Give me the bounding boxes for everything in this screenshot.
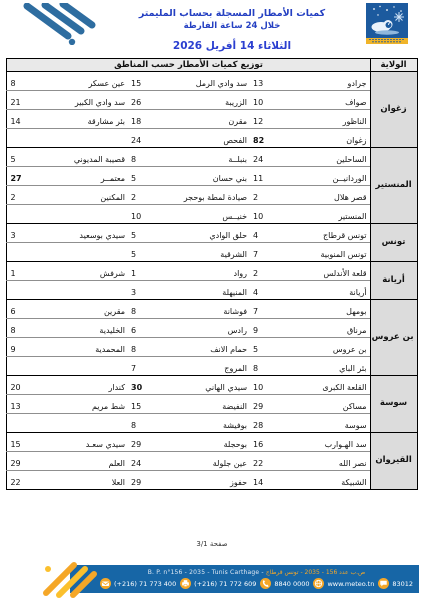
rain-value-cell: 10 — [250, 91, 278, 110]
table-row: بن عروس5حمام الانف8المحمدية9 — [7, 338, 417, 357]
table-row: بئر الباي8المروج7 — [7, 357, 417, 376]
rain-value-cell: 8 — [128, 148, 156, 167]
district-name-cell: الشبيكة — [278, 471, 370, 490]
district-name-cell: مرناق — [278, 319, 370, 338]
rain-value-cell: 28 — [250, 414, 278, 433]
table-row: مرناق9رادس6الخليدية8 — [7, 319, 417, 338]
district-name-cell: شط مريم — [42, 395, 128, 414]
table-header-governorate: الولاية — [370, 59, 417, 72]
contact-label: 83012 — [392, 580, 413, 588]
page: كميات الأمطار المسجلة بحساب المليمتر خلا… — [0, 0, 424, 600]
rain-value-cell: 22 — [7, 471, 42, 490]
rain-value-cell: 3 — [7, 224, 42, 243]
rain-value-cell: 27 — [7, 167, 42, 186]
rain-value-cell: 8 — [128, 414, 156, 433]
footer-address-arabic: ص.ب عدد 156 - 2035 - تونس قرطاج — [266, 569, 365, 576]
report-header: كميات الأمطار المسجلة بحساب المليمتر خلا… — [0, 0, 424, 52]
rain-value-cell: 22 — [250, 452, 278, 471]
district-name-cell: قصيبة المديوني — [42, 148, 128, 167]
district-name-cell: رادس — [156, 319, 250, 338]
rain-value-cell: 21 — [7, 91, 42, 110]
footer-streaks-logo — [40, 557, 102, 599]
report-date: الثلاثاء 14 أفريل 2026 — [98, 40, 366, 52]
district-name-cell: بن عروس — [278, 338, 370, 357]
rain-value-cell: 5 — [128, 224, 156, 243]
contact-label: (+216) 71 772 609 — [194, 580, 256, 588]
table-row: المنستير10خنيــس10 — [7, 205, 417, 224]
rain-value-cell: 6 — [7, 300, 42, 319]
report-titles: كميات الأمطار المسجلة بحساب المليمتر خلا… — [98, 3, 366, 52]
rain-value-cell: 2 — [250, 262, 278, 281]
rain-value-cell: 8 — [7, 319, 42, 338]
district-name-cell: مقرين — [42, 300, 128, 319]
rain-value-cell: 3 — [128, 281, 156, 300]
district-name-cell: المنيهلة — [156, 281, 250, 300]
district-name-cell: المكنين — [42, 186, 128, 205]
district-name-cell: صيادة لمطة بوحجر — [156, 186, 250, 205]
report-title: كميات الأمطار المسجلة بحساب المليمتر — [98, 8, 366, 19]
district-name-cell: سد الهـوارب — [278, 433, 370, 452]
governorate-cell: القيروان — [370, 433, 417, 490]
district-name-cell: كندار — [42, 376, 128, 395]
district-name-cell: الزريبة — [156, 91, 250, 110]
district-name-cell: المروج — [156, 357, 250, 376]
district-name-cell — [42, 414, 128, 433]
district-name-cell: نصر الله — [278, 452, 370, 471]
rain-value-cell: 8 — [7, 72, 42, 91]
rain-value-cell: 4 — [250, 281, 278, 300]
district-name-cell — [42, 205, 128, 224]
governorate-cell: بن عروس — [370, 300, 417, 376]
governorate-cell: أريانة — [370, 262, 417, 300]
rain-value-cell: 1 — [7, 262, 42, 281]
district-name-cell: قلعة الأندلس — [278, 262, 370, 281]
governorate-cell: المنستير — [370, 148, 417, 224]
governorate-cell: تونس — [370, 224, 417, 262]
district-name-cell: بئر الباي — [278, 357, 370, 376]
rain-value-cell: 7 — [250, 243, 278, 262]
district-name-cell: رواد — [156, 262, 250, 281]
rainfall-table-body: زغوانجرادو13سد وادي الرمل15عين عسكر8صواف… — [7, 72, 417, 490]
rain-value-cell: 5 — [250, 338, 278, 357]
rain-value-cell: 8 — [128, 300, 156, 319]
rain-value-cell: 5 — [128, 167, 156, 186]
footer-address-latin: B. P. n°156 - 2035 - Tunis Carthage - — [148, 569, 264, 576]
table-row: تونستونس قرطاج4حلق الوادي5سيدي بوسعيد3 — [7, 224, 417, 243]
table-row: سوسة28بوفيشة8 — [7, 414, 417, 433]
district-name-cell: تونس قرطاج — [278, 224, 370, 243]
inm-emblem-logo — [366, 3, 408, 44]
table-header-regions: توزيع كميات الأمطار حسب المناطق — [7, 59, 370, 72]
rain-value-cell: 29 — [250, 395, 278, 414]
table-row: أريانة4المنيهلة3 — [7, 281, 417, 300]
table-row: مساكن29النفيضة15شط مريم13 — [7, 395, 417, 414]
district-name-cell: القلعة الكبرى — [278, 376, 370, 395]
rain-value-cell: 16 — [250, 433, 278, 452]
rain-value-cell: 30 — [128, 376, 156, 395]
district-name-cell: بئر مشارقة — [42, 110, 128, 129]
district-name-cell: الشرقية — [156, 243, 250, 262]
table-row: الوردانيــن11بني حسان5معتمــر27 — [7, 167, 417, 186]
rain-value-cell: 5 — [128, 243, 156, 262]
table-row: أريانةقلعة الأندلس2رواد1شرفش1 — [7, 262, 417, 281]
district-name-cell: الخليدية — [42, 319, 128, 338]
district-name-cell: أريانة — [278, 281, 370, 300]
rain-value-cell — [7, 414, 42, 433]
governorate-cell: سوسة — [370, 376, 417, 433]
rain-value-cell: 2 — [128, 186, 156, 205]
contact-label: www.meteo.tn — [327, 580, 374, 588]
table-row: تونس المنوبية7الشرقية5 — [7, 243, 417, 262]
footer-contacts: (+216) 71 773 400(+216) 71 772 6098840 0… — [100, 578, 413, 589]
rain-value-cell: 82 — [250, 129, 278, 148]
rain-value-cell: 20 — [7, 376, 42, 395]
rain-value-cell — [7, 205, 42, 224]
table-row: قصر هلال2صيادة لمطة بوحجر2المكنين2 — [7, 186, 417, 205]
rain-value-cell: 7 — [250, 300, 278, 319]
district-name-cell — [42, 357, 128, 376]
district-name-cell: حمام الانف — [156, 338, 250, 357]
rain-value-cell: 11 — [250, 167, 278, 186]
district-name-cell: سيدي الهاني — [156, 376, 250, 395]
district-name-cell: بوفيشة — [156, 414, 250, 433]
district-name-cell: خنيــس — [156, 205, 250, 224]
rain-value-cell — [7, 281, 42, 300]
table-header-row: الولاية توزيع كميات الأمطار حسب المناطق — [7, 59, 417, 72]
contact-item: 8840 0000 — [260, 578, 309, 589]
rain-value-cell: 15 — [128, 72, 156, 91]
rain-value-cell: 4 — [250, 224, 278, 243]
rain-value-cell: 5 — [7, 148, 42, 167]
rain-value-cell: 29 — [128, 433, 156, 452]
rain-value-cell: 10 — [128, 205, 156, 224]
district-name-cell: حلق الوادي — [156, 224, 250, 243]
district-name-cell: الناظور — [278, 110, 370, 129]
report-subtitle: خلال 24 ساعة الفارطة — [98, 21, 366, 31]
rain-value-cell: 8 — [250, 357, 278, 376]
governorate-cell: زغوان — [370, 72, 417, 148]
table-row: نصر الله22عين جلولة24العلم29 — [7, 452, 417, 471]
table-row: زغوان82الفحص24 — [7, 129, 417, 148]
table-row: الناظور12مقرن18بئر مشارقة14 — [7, 110, 417, 129]
district-name-cell: سد وادي الرمل — [156, 72, 250, 91]
inm-streaks-logo — [18, 3, 98, 45]
rain-value-cell: 15 — [7, 433, 42, 452]
district-name-cell: حفوز — [156, 471, 250, 490]
rain-value-cell: 9 — [7, 338, 42, 357]
rain-value-cell: 8 — [128, 338, 156, 357]
district-name-cell: فوشانة — [156, 300, 250, 319]
rain-value-cell — [7, 129, 42, 148]
district-name-cell: تونس المنوبية — [278, 243, 370, 262]
district-name-cell: معتمــر — [42, 167, 128, 186]
district-name-cell: العلم — [42, 452, 128, 471]
table-row: زغوانجرادو13سد وادي الرمل15عين عسكر8 — [7, 72, 417, 91]
fax-icon — [180, 578, 191, 589]
district-name-cell: المحمدية — [42, 338, 128, 357]
page-number: صفحة 3/1 — [0, 540, 424, 548]
district-name-cell: شرفش — [42, 262, 128, 281]
rain-value-cell: 24 — [250, 148, 278, 167]
district-name-cell: سد وادي الكبير — [42, 91, 128, 110]
rain-value-cell: 2 — [7, 186, 42, 205]
district-name-cell: بنبلــة — [156, 148, 250, 167]
district-name-cell: مساكن — [278, 395, 370, 414]
district-name-cell: العلا — [42, 471, 128, 490]
footer-address: B. P. n°156 - 2035 - Tunis Carthage - ص.… — [100, 569, 413, 576]
district-name-cell: الفحص — [156, 129, 250, 148]
table-row: بن عروسبومهل7فوشانة8مقرين6 — [7, 300, 417, 319]
globe-icon — [313, 578, 324, 589]
rain-value-cell — [7, 243, 42, 262]
table-row: المنستيرالساحلين24بنبلــة8قصيبة المديوني… — [7, 148, 417, 167]
district-name-cell: النفيضة — [156, 395, 250, 414]
contact-label: (+216) 71 773 400 — [114, 580, 176, 588]
rain-value-cell: 6 — [128, 319, 156, 338]
rain-value-cell: 12 — [250, 110, 278, 129]
table-row: القيروانسد الهـوارب16بوحجلة29سيدي سعـد15 — [7, 433, 417, 452]
contact-item: (+216) 71 773 400 — [100, 578, 176, 589]
district-name-cell: جرادو — [278, 72, 370, 91]
rain-value-cell: 1 — [128, 262, 156, 281]
rain-value-cell: 26 — [128, 91, 156, 110]
rain-value-cell: 10 — [250, 205, 278, 224]
contact-item: 83012 — [378, 578, 413, 589]
table-row: الشبيكة14حفوز29العلا22 — [7, 471, 417, 490]
rain-value-cell: 29 — [128, 471, 156, 490]
rain-value-cell: 13 — [250, 72, 278, 91]
district-name-cell: سيدي سعـد — [42, 433, 128, 452]
footer-bar: B. P. n°156 - 2035 - Tunis Carthage - ص.… — [70, 565, 419, 593]
district-name-cell: قصر هلال — [278, 186, 370, 205]
rain-value-cell: 14 — [7, 110, 42, 129]
district-name-cell: سيدي بوسعيد — [42, 224, 128, 243]
rain-value-cell: 14 — [250, 471, 278, 490]
district-name-cell: عين جلولة — [156, 452, 250, 471]
rain-value-cell: 15 — [128, 395, 156, 414]
district-name-cell: عين عسكر — [42, 72, 128, 91]
district-name-cell — [42, 281, 128, 300]
rain-value-cell: 9 — [250, 319, 278, 338]
district-name-cell: سوسة — [278, 414, 370, 433]
rain-value-cell: 2 — [250, 186, 278, 205]
rain-value-cell: 18 — [128, 110, 156, 129]
rain-value-cell: 24 — [128, 452, 156, 471]
sms-icon — [378, 578, 389, 589]
rain-value-cell: 29 — [7, 452, 42, 471]
district-name-cell: زغوان — [278, 129, 370, 148]
rain-value-cell: 13 — [7, 395, 42, 414]
rain-value-cell: 7 — [128, 357, 156, 376]
district-name-cell: مقرن — [156, 110, 250, 129]
phone-icon — [260, 578, 271, 589]
district-name-cell: صواف — [278, 91, 370, 110]
district-name-cell: الساحلين — [278, 148, 370, 167]
rain-value-cell: 24 — [128, 129, 156, 148]
district-name-cell: بني حسان — [156, 167, 250, 186]
table-row: سوسةالقلعة الكبرى10سيدي الهاني30كندار20 — [7, 376, 417, 395]
contact-item: (+216) 71 772 609 — [180, 578, 256, 589]
rain-value-cell: 10 — [250, 376, 278, 395]
table-row: صواف10الزريبة26سد وادي الكبير21 — [7, 91, 417, 110]
rain-value-cell — [7, 357, 42, 376]
contact-item: www.meteo.tn — [313, 578, 374, 589]
district-name-cell: بومهل — [278, 300, 370, 319]
rainfall-table: الولاية توزيع كميات الأمطار حسب المناطق … — [6, 58, 417, 490]
contact-label: 8840 0000 — [274, 580, 309, 588]
district-name-cell: المنستير — [278, 205, 370, 224]
district-name-cell — [42, 129, 128, 148]
district-name-cell: الوردانيــن — [278, 167, 370, 186]
district-name-cell: بوحجلة — [156, 433, 250, 452]
district-name-cell — [42, 243, 128, 262]
